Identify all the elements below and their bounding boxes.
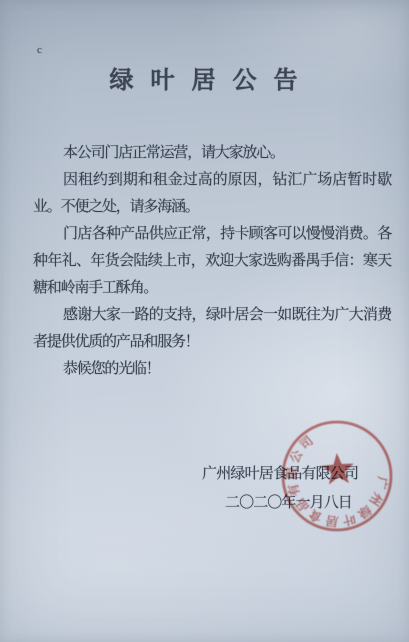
notice-paragraph: 本公司门店正常运营，请大家放心。 — [33, 140, 391, 167]
notice-paragraph: 门店各种产品供应正常，持卡顾客可以慢慢消费。各种年礼、年货会陆续上市，欢迎大家选… — [33, 221, 391, 302]
notice-paragraph: 因租约到期和租金过高的原因，钻汇广场店暂时歇业。不便之处，请多海涵。 — [33, 167, 391, 221]
notice-paragraph: 感谢大家一路的支持，绿叶居会一如既往为广大消费者提供优质的产品和服务！ — [33, 302, 391, 356]
notice-paragraph: 恭候您的光临！ — [33, 356, 391, 383]
notice-body: 本公司门店正常运营，请大家放心。 因租约到期和租金过高的原因，钻汇广场店暂时歇业… — [33, 140, 391, 383]
company-seal: 广州绿叶居食品有限公司 — [252, 391, 409, 561]
corner-mark: c — [37, 44, 42, 56]
seal-star-icon — [321, 452, 355, 485]
notice-title: 绿 叶 居 公 告 — [0, 60, 409, 95]
notice-photo: c 绿 叶 居 公 告 本公司门店正常运营，请大家放心。 因租约到期和租金过高的… — [0, 0, 409, 642]
